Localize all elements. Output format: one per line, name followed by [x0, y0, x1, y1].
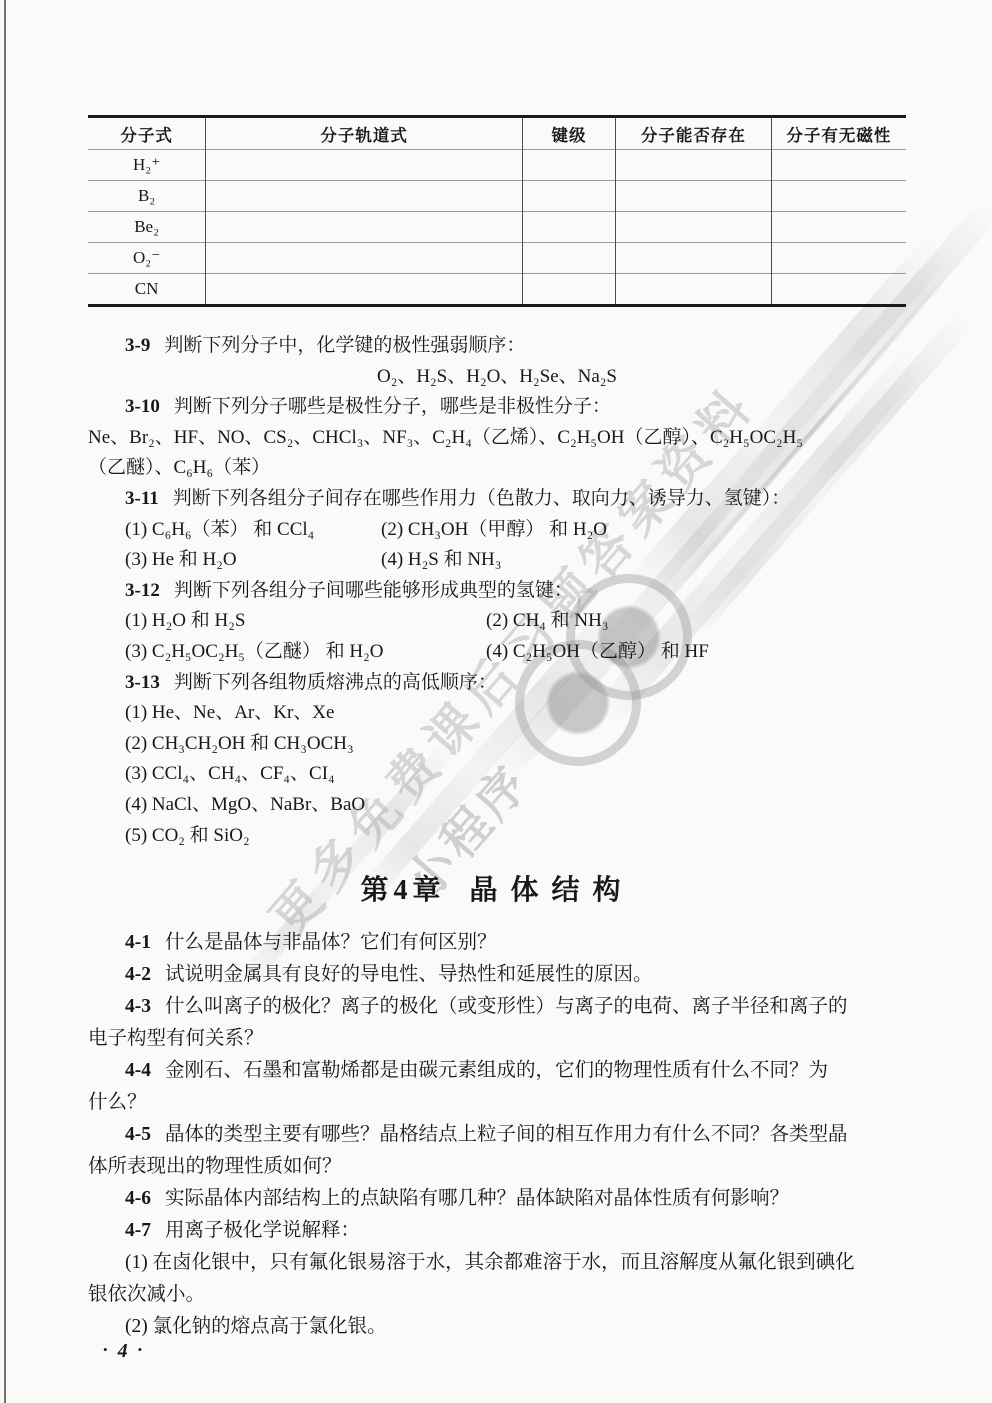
section-chapter3-questions: 3-9判断下列分子中，化学键的极性强弱顺序： O₂、H₂S、H₂O、H₂Se、N…: [88, 331, 906, 851]
question-4-1: 4-1什么是晶体与非晶体？它们有何区别？: [88, 927, 906, 959]
question-text: 判断下列各组物质熔沸点的高低顺序：: [174, 672, 497, 693]
question-number: 4-3: [125, 996, 165, 1017]
question-number: 4-6: [125, 1188, 165, 1209]
question-text: 金刚石、石墨和富勒烯都是由碳元素组成的，它们的物理性质有什么不同？为: [165, 1060, 828, 1081]
question-3-13: 3-13判断下列各组物质熔沸点的高低顺序：: [88, 668, 906, 699]
chapter-title: 晶体结构: [470, 875, 634, 906]
question-number: 4-2: [125, 964, 165, 985]
empty-cell: [206, 274, 523, 306]
empty-cell: [771, 243, 906, 274]
question-text: 试说明金属具有良好的导电性、导热性和延展性的原因。: [165, 964, 653, 985]
table-row: CN: [88, 274, 906, 306]
question-text: 用离子极化学说解释：: [165, 1220, 360, 1241]
molecular-orbital-table: 分子式 分子轨道式 键级 分子能否存在 分子有无磁性 H₂⁺ B₂ Be₂: [88, 115, 906, 307]
table-row: O₂⁻: [88, 243, 906, 274]
question-number: 4-7: [125, 1220, 165, 1241]
item-4-7-1-continuation: 银依次减小。: [88, 1279, 906, 1311]
option-item: (3) He 和 H₂O: [125, 545, 381, 576]
question-number: 4-5: [125, 1124, 165, 1145]
question-text: 晶体的类型主要有哪些？晶格结点上粒子间的相互作用力有什么不同？各类型晶: [165, 1124, 848, 1145]
empty-cell: [523, 243, 616, 274]
options-3-11-row-2: (3) He 和 H₂O(4) H₂S 和 NH₃: [88, 545, 906, 576]
question-4-2: 4-2试说明金属具有良好的导电性、导热性和延展性的原因。: [88, 959, 906, 991]
question-number: 4-4: [125, 1060, 165, 1081]
question-text: 实际晶体内部结构上的点缺陷有哪几种？晶体缺陷对晶体性质有何影响？: [165, 1188, 789, 1209]
question-4-6: 4-6实际晶体内部结构上的点缺陷有哪几种？晶体缺陷对晶体性质有何影响？: [88, 1183, 906, 1215]
question-4-5-continuation: 体所表现出的物理性质如何？: [88, 1151, 906, 1183]
question-4-4-continuation: 什么？: [88, 1087, 906, 1119]
question-number: 3-12: [125, 580, 174, 601]
chapter-number: 第4章: [360, 875, 445, 906]
question-3-12: 3-12判断下列各组分子间哪些能够形成典型的氢键：: [88, 576, 906, 607]
empty-cell: [616, 150, 772, 181]
section-chapter4-questions: 4-1什么是晶体与非晶体？它们有何区别？ 4-2试说明金属具有良好的导电性、导热…: [88, 927, 906, 1343]
question-4-3: 4-3什么叫离子的极化？离子的极化（或变形性）与离子的电荷、离子半径和离子的: [88, 991, 906, 1023]
question-3-10: 3-10判断下列分子哪些是极性分子，哪些是非极性分子：: [88, 392, 906, 423]
question-3-9: 3-9判断下列分子中，化学键的极性强弱顺序：: [88, 331, 906, 362]
question-4-7: 4-7用离子极化学说解释：: [88, 1215, 906, 1247]
molecule-label: B₂: [88, 181, 206, 212]
question-text: 判断下列分子哪些是极性分子，哪些是非极性分子：: [174, 396, 611, 417]
question-3-11: 3-11判断下列各组分子间存在哪些作用力（色散力、取向力、诱导力、氢键）：: [88, 484, 906, 515]
question-text: 什么是晶体与非晶体？它们有何区别？: [165, 932, 497, 953]
question-text: 判断下列各组分子间哪些能够形成典型的氢键：: [174, 580, 573, 601]
question-text: 判断下列分子中，化学键的极性强弱顺序：: [164, 335, 525, 356]
empty-cell: [616, 274, 772, 306]
question-number: 3-11: [125, 488, 173, 509]
question-text: 什么叫离子的极化？离子的极化（或变形性）与离子的电荷、离子半径和离子的: [165, 996, 848, 1017]
option-item: (4) C₂H₅OH（乙醇） 和 HF: [486, 641, 709, 662]
empty-cell: [206, 150, 523, 181]
page-number-dot: •: [103, 1342, 108, 1357]
question-number: 3-13: [125, 672, 174, 693]
question-4-4: 4-4金刚石、石墨和富勒烯都是由碳元素组成的，它们的物理性质有什么不同？为: [88, 1055, 906, 1087]
empty-cell: [206, 243, 523, 274]
empty-cell: [616, 243, 772, 274]
item-3-13-4: (4) NaCl、MgO、NaBr、BaO: [88, 790, 906, 821]
table-header-mo-formula: 分子轨道式: [206, 117, 523, 150]
item-4-7-1: (1) 在卤化银中，只有氟化银易溶于水，其余都难溶于水，而且溶解度从氟化银到碘化: [88, 1247, 906, 1279]
page-number-dot: •: [138, 1342, 143, 1357]
empty-cell: [206, 212, 523, 243]
molecule-label: H₂⁺: [88, 150, 206, 181]
item-3-13-5: (5) CO₂ 和 SiO₂: [88, 821, 906, 852]
empty-cell: [616, 181, 772, 212]
empty-cell: [523, 212, 616, 243]
option-item: (2) CH₄ 和 NH₃: [486, 610, 609, 631]
molecule-label: CN: [88, 274, 206, 306]
table-header-row: 分子式 分子轨道式 键级 分子能否存在 分子有无磁性: [88, 117, 906, 150]
empty-cell: [523, 274, 616, 306]
empty-cell: [523, 150, 616, 181]
page-content: 分子式 分子轨道式 键级 分子能否存在 分子有无磁性 H₂⁺ B₂ Be₂: [88, 115, 906, 1366]
table-header-magnetism: 分子有无磁性: [771, 117, 906, 150]
option-item: (1) H₂O 和 H₂S: [125, 606, 486, 637]
empty-cell: [771, 212, 906, 243]
molecule-label: Be₂: [88, 212, 206, 243]
molecule-label: O₂⁻: [88, 243, 206, 274]
scan-edge-line: [4, 0, 6, 1403]
molecule-list-line-2: （乙醚）、C₆H₆（苯）: [88, 453, 906, 484]
empty-cell: [523, 181, 616, 212]
item-3-13-2: (2) CH₃CH₂OH 和 CH₃OCH₃: [88, 729, 906, 760]
options-3-12-row-2: (3) C₂H₅OC₂H₅（乙醚） 和 H₂O(4) C₂H₅OH（乙醇） 和 …: [88, 637, 906, 668]
molecule-list-line-1: Ne、Br₂、HF、NO、CS₂、CHCl₃、NF₃、C₂H₄（乙烯）、C₂H₅…: [88, 423, 906, 454]
options-3-11-row-1: (1) C₆H₆（苯） 和 CCl₄(2) CH₃OH（甲醇） 和 H₂O: [88, 515, 906, 546]
page-number-value: 4: [118, 1340, 128, 1362]
empty-cell: [771, 181, 906, 212]
item-3-13-3: (3) CCl₄、CH₄、CF₄、CI₄: [88, 759, 906, 790]
option-item: (2) CH₃OH（甲醇） 和 H₂O: [381, 519, 607, 540]
empty-cell: [206, 181, 523, 212]
question-4-3-continuation: 电子构型有何关系？: [88, 1023, 906, 1055]
option-item: (3) C₂H₅OC₂H₅（乙醚） 和 H₂O: [125, 637, 486, 668]
question-text: 判断下列各组分子间存在哪些作用力（色散力、取向力、诱导力、氢键）：: [173, 488, 791, 509]
empty-cell: [616, 212, 772, 243]
question-number: 3-10: [125, 396, 174, 417]
question-number: 3-9: [125, 335, 164, 356]
empty-cell: [771, 150, 906, 181]
table-row: H₂⁺: [88, 150, 906, 181]
table-header-formula: 分子式: [88, 117, 206, 150]
option-item: (1) C₆H₆（苯） 和 CCl₄: [125, 515, 381, 546]
options-3-12-row-1: (1) H₂O 和 H₂S(2) CH₄ 和 NH₃: [88, 606, 906, 637]
option-item: (4) H₂S 和 NH₃: [381, 549, 501, 570]
table-header-bond-order: 键级: [523, 117, 616, 150]
chapter-heading: 第4章晶体结构: [88, 871, 906, 911]
formula-line-3-9: O₂、H₂S、H₂O、H₂Se、Na₂S: [88, 362, 906, 393]
item-3-13-1: (1) He、Ne、Ar、Kr、Xe: [88, 698, 906, 729]
table-row: B₂: [88, 181, 906, 212]
table-header-can-exist: 分子能否存在: [616, 117, 772, 150]
table-row: Be₂: [88, 212, 906, 243]
question-4-5: 4-5晶体的类型主要有哪些？晶格结点上粒子间的相互作用力有什么不同？各类型晶: [88, 1119, 906, 1151]
question-number: 4-1: [125, 932, 165, 953]
textbook-page: 更多免费课后习题答案资料 小程序 分子式 分子轨道式 键级 分子能否存在 分子有…: [0, 0, 992, 1403]
empty-cell: [771, 274, 906, 306]
